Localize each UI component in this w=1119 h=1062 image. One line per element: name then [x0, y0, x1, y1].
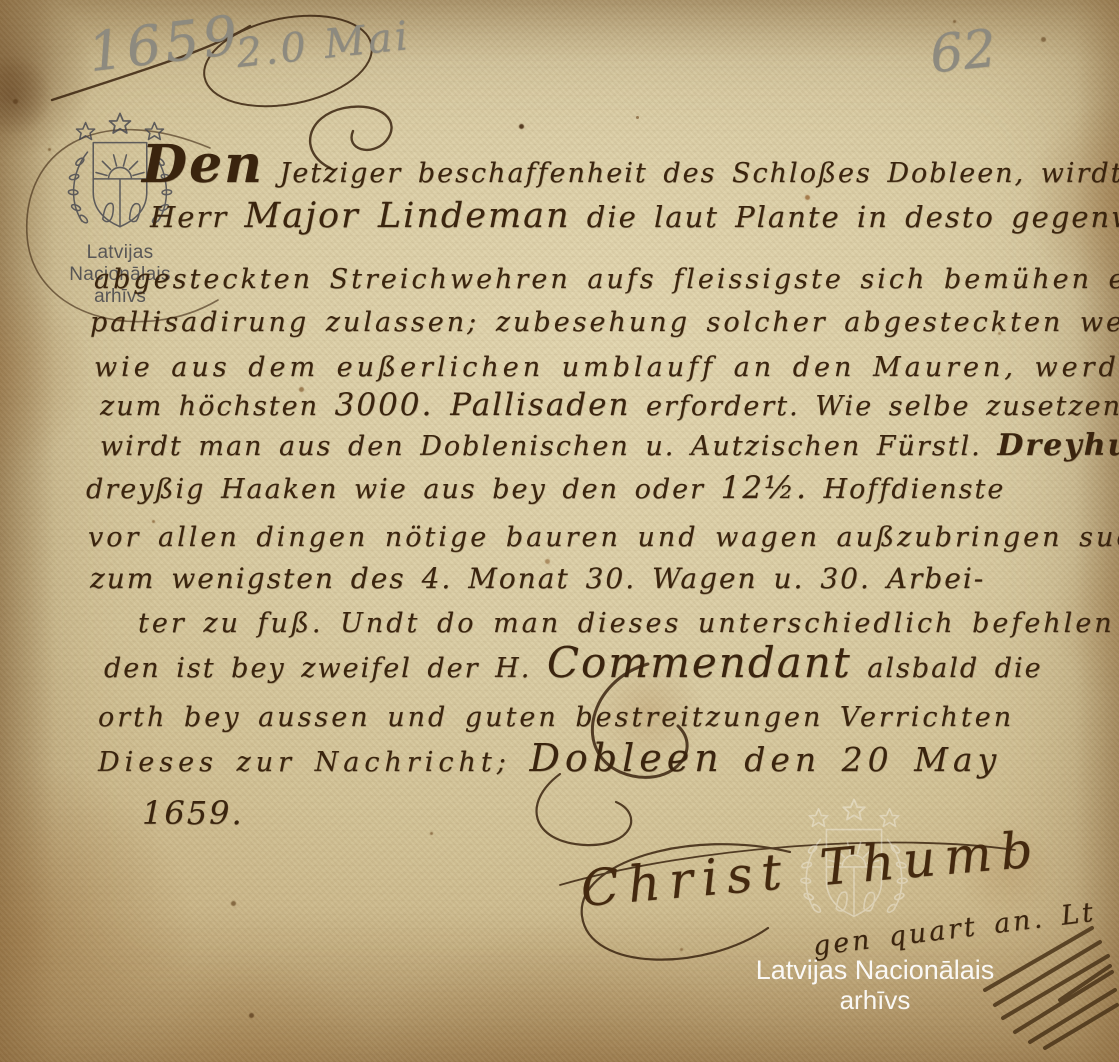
- paper-specks: [0, 0, 3, 3]
- manuscript-line: zum höchsten 3000. Pallisaden erfordert.…: [100, 387, 1119, 423]
- line-text: den ist bey zweifel der H.: [104, 653, 547, 684]
- archive-watermark-name: Latvijas Nacionālais: [735, 956, 1015, 986]
- manuscript-line: pallisadirung zulassen; zubesehung solch…: [90, 301, 1119, 339]
- manuscript-line: zum wenigsten des 4. Monat 30. Wagen u. …: [90, 558, 985, 596]
- line-text: alsbald die: [852, 653, 1043, 684]
- line-text: dreyßig Haaken wie aus bey den oder: [86, 474, 721, 505]
- line-text-emphasis: Den: [142, 134, 264, 195]
- manuscript-line: den ist bey zweifel der H. Commendant al…: [104, 638, 1043, 687]
- manuscript-line: Dieses zur Nachricht; Dobleen den 20 May: [98, 736, 1001, 780]
- line-text: Hoffdienste: [808, 474, 1005, 505]
- line-text: wie aus dem eußerlichen umblauff an den …: [94, 352, 1119, 383]
- manuscript-line: ter zu fuß. Undt do man dieses unterschi…: [138, 602, 1115, 640]
- line-text: Dieses zur Nachricht;: [98, 747, 529, 778]
- line-text: erfordert. Wie selbe zusetzen: [630, 391, 1119, 422]
- line-text: pallisadirung zulassen; zubesehung solch…: [90, 307, 1119, 338]
- line-text: abgesteckten Streichwehren aufs fleissig…: [94, 264, 1119, 295]
- manuscript-line: wie aus dem eußerlichen umblauff an den …: [94, 346, 1119, 384]
- archive-watermark-bottom: Latvijas Nacionālais arhīvs: [735, 956, 1015, 1016]
- manuscript-line-year: 1659.: [142, 792, 244, 833]
- line-text: wirdt man aus den Doblenischen u. Autzis…: [100, 431, 997, 462]
- line-text-emphasis: Dobleen: [529, 736, 723, 780]
- manuscript-scan: Latvijas Nacionālais arhīvs 1659 2.0 Mai…: [0, 0, 1119, 1062]
- line-text: Herr: [150, 200, 244, 234]
- manuscript-line: orth bey aussen und guten bestreitzungen…: [98, 696, 1014, 734]
- manuscript-line: Den Jetziger beschaffenheit des Schloßes…: [142, 134, 1119, 195]
- manuscript-line: Herr Major Lindeman die laut Plante in d…: [150, 196, 1119, 236]
- manuscript-line: abgesteckten Streichwehren aufs fleissig…: [94, 258, 1119, 296]
- manuscript-line: wirdt man aus den Doblenischen u. Autzis…: [100, 428, 1119, 463]
- manuscript-line: dreyßig Haaken wie aus bey den oder 12½.…: [86, 470, 1005, 506]
- line-text: den 20 May: [724, 740, 1001, 779]
- line-text: vor allen dingen nötige bauren und wagen…: [88, 522, 1119, 553]
- line-text: die laut Plante in desto gegenwart: [571, 200, 1119, 234]
- line-text-emphasis: Commendant: [547, 638, 852, 687]
- line-text-emphasis: 1659.: [142, 794, 244, 832]
- line-text-emphasis: Major Lindeman: [244, 196, 570, 236]
- line-text: orth bey aussen und guten bestreitzungen…: [98, 702, 1014, 733]
- line-text: zum wenigsten des 4. Monat 30. Wagen u. …: [90, 562, 985, 595]
- line-text: Jetziger beschaffenheit des Schloßes Dob…: [264, 158, 1119, 189]
- manuscript-line: vor allen dingen nötige bauren und wagen…: [88, 516, 1119, 554]
- pencil-date-annotation: 2.0 Mai: [234, 13, 413, 77]
- line-text-emphasis: 3000. Pallisaden: [335, 387, 631, 423]
- archive-watermark-name-line2: arhīvs: [735, 986, 1015, 1016]
- line-text: ter zu fuß. Undt do man dieses unterschi…: [138, 608, 1115, 639]
- line-text: zum höchsten: [100, 391, 335, 422]
- line-text-emphasis: 12½.: [721, 470, 808, 506]
- pencil-year-annotation: 1659: [85, 3, 245, 84]
- line-text-emphasis: Dreyhundert: [997, 428, 1119, 463]
- pencil-page-number: 62: [927, 19, 999, 86]
